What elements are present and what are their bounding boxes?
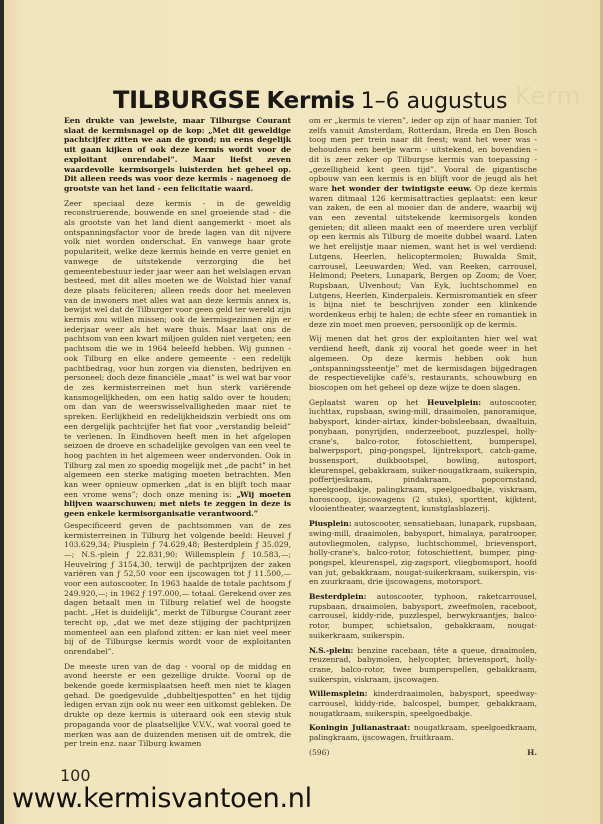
location-items: autoscooter, sensatiebaan, lunapark, rup… [309,519,537,586]
location-name: Piusplein: [309,519,352,528]
bleed-through-text: Kerm [515,82,581,110]
paragraph-text: Op deze kermis waren ditmaal 126 kermisa… [309,184,537,329]
left-column: Een drukte van jewelste, maar Tilburgse … [64,116,291,754]
location-julianastraat: Koningin Julianastraat: nougatkraam, spe… [309,723,537,742]
location-besterdplein: Besterdplein: autoscooter, typhoon, rake… [309,592,537,641]
right-column: om er „kermis te vieren”, ieder op zijn … [309,116,537,758]
paragraph-text: Zeer speciaal deze kermis - in de geweld… [64,199,291,499]
article-signature: (596) H. [309,748,537,758]
body-paragraph-4: om er „kermis te vieren”, ieder op zijn … [309,116,537,329]
page-edge-left [0,0,4,824]
author-initial: H. [527,748,537,758]
highlight-phrase: het wonder der twintigste eeuw. [332,184,472,193]
location-name: N.S.-plein: [309,646,353,655]
location-items: autoscooter, luchttax, rupsbaan, swing-m… [309,398,537,514]
paragraph-text: om er „kermis te vieren”, ieder op zijn … [309,116,537,193]
location-name: Willemsplein: [309,689,367,698]
location-name: Heuvelplein: [427,398,481,407]
lead-paragraph: Een drukte van jewelste, maar Tilburgse … [64,116,291,194]
title-dates: 1–6 augustus [361,89,508,114]
location-willemsplein: Willemsplein: kinderdraaimolen, babyspor… [309,689,537,718]
location-heuvelplein: Geplaatst waren op het Heuvelplein: auto… [309,398,537,514]
reference-number: (596) [309,748,329,758]
watermark-url: www.kermisvantoen.nl [12,783,312,814]
title-kermis: Kermis [267,88,355,114]
title-city: TILBURGSE [113,86,261,114]
body-paragraph-5: Wij menen dat het gros der exploitanten … [309,334,537,392]
location-name: Koningin Julianastraat: [309,723,410,732]
article-title: TILBURGSEKermis1–6 augustus [113,78,507,116]
location-piusplein: Piusplein: autoscooter, sensatiebaan, lu… [309,519,537,587]
location-ns-plein: N.S.-plein: benzine racebaan, tête a que… [309,646,537,685]
body-paragraph-3: De meeste uren van de dag - vooral op de… [64,662,291,749]
location-prefix: Geplaatst waren op het [309,398,418,407]
body-paragraph-2: Gespecificeerd geven de pachtsommen van … [64,521,291,657]
body-paragraph-1: Zeer speciaal deze kermis - in de geweld… [64,199,291,519]
location-name: Besterdplein: [309,592,366,601]
